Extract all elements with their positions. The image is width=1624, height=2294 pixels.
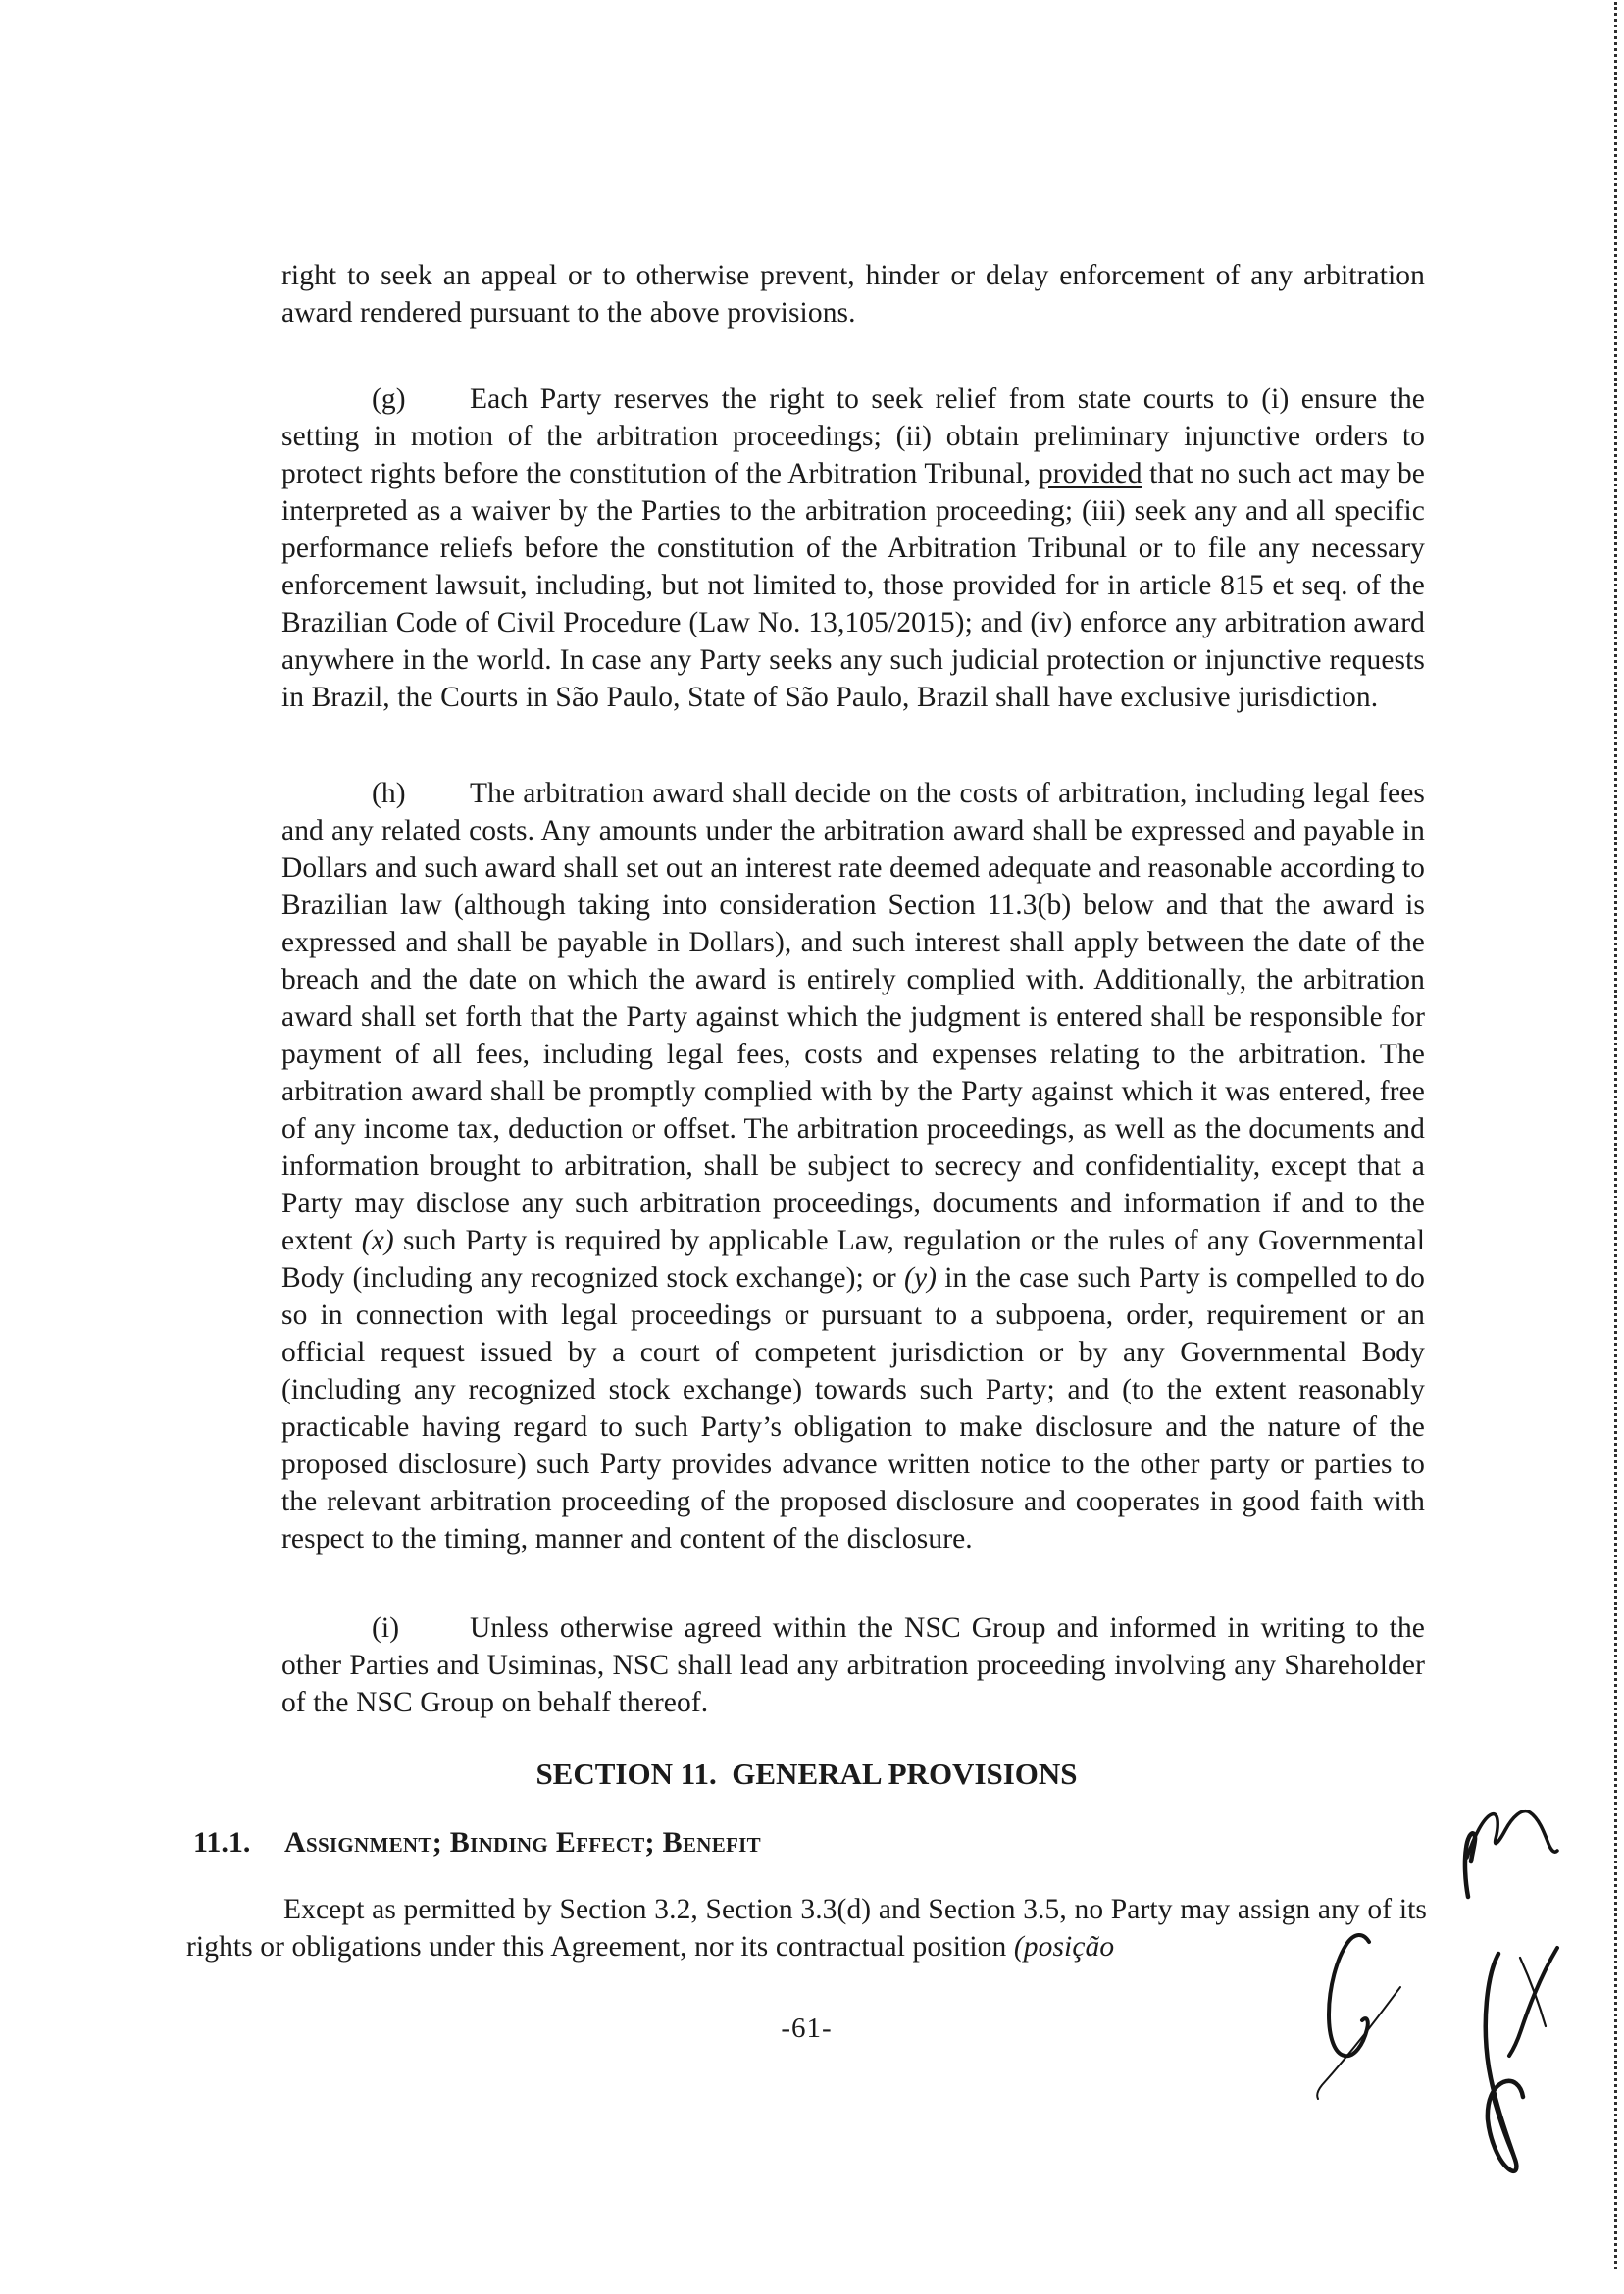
subsection-11-1-heading: 11.1.Assignment; Binding Effect; Benefit [193, 1824, 1427, 1861]
subsection-number: 11.1. [193, 1824, 284, 1861]
handwritten-initials-2 [1312, 1928, 1414, 2105]
stroke [1329, 1935, 1369, 2056]
page-number: -61- [186, 2013, 1427, 2045]
section-11-heading: SECTION 11. GENERAL PROVISIONS [186, 1756, 1427, 1793]
handwritten-initials-1 [1455, 1805, 1561, 1903]
page-number-text: -61- [186, 2013, 1427, 2045]
text-run: that no such act may be interpreted as a… [281, 458, 1425, 713]
section-heading-text: SECTION 11. GENERAL PROVISIONS [186, 1756, 1427, 1793]
italic-portuguese-term: (posição [1014, 1931, 1114, 1963]
paragraph-g-label: (g) [372, 381, 470, 418]
paragraph-g-text: (g)Each Party reserves the right to seek… [281, 381, 1425, 716]
stroke [1486, 1954, 1523, 2171]
paragraph-continuation: right to seek an appeal or to otherwise … [281, 257, 1425, 331]
italic-y-marker: (y) [904, 1262, 937, 1294]
stroke [1467, 1811, 1557, 1858]
paragraph-11-1: Except as permitted by Section 3.2, Sect… [186, 1891, 1427, 1965]
stroke [1520, 1958, 1546, 2026]
text-run: The arbitration award shall decide on th… [281, 778, 1425, 1256]
paragraph-i: (i)Unless otherwise agreed within the NS… [281, 1609, 1425, 1721]
paragraph-h-label: (h) [372, 775, 470, 812]
paragraph-i-text: (i)Unless otherwise agreed within the NS… [281, 1609, 1425, 1721]
paragraph-i-label: (i) [372, 1609, 470, 1647]
text-run: in the case such Party is compelled to d… [281, 1262, 1425, 1555]
stroke [1509, 1948, 1557, 2056]
paragraph-h-text: (h)The arbitration award shall decide on… [281, 775, 1425, 1557]
subsection-heading-text: 11.1.Assignment; Binding Effect; Benefit [193, 1824, 1427, 1861]
scan-edge-dots-artifact [1614, 2, 1617, 2269]
handwritten-stroke [1455, 1805, 1561, 1903]
underlined-word: provided [1039, 458, 1142, 489]
paragraph-continuation-text: right to seek an appeal or to otherwise … [281, 257, 1425, 331]
handwritten-stroke [1440, 1940, 1563, 2185]
document-page: right to seek an appeal or to otherwise … [0, 0, 1624, 2294]
subsection-title: Assignment; Binding Effect; Benefit [284, 1826, 761, 1859]
text-run: right to seek an appeal or to otherwise … [281, 260, 1425, 329]
paragraph-11-1-text: Except as permitted by Section 3.2, Sect… [186, 1891, 1427, 1965]
handwritten-stroke [1312, 1928, 1414, 2105]
italic-x-marker: (x) [362, 1225, 394, 1256]
paragraph-h: (h)The arbitration award shall decide on… [281, 775, 1425, 1557]
paragraph-g: (g)Each Party reserves the right to seek… [281, 381, 1425, 716]
text-run: Except as permitted by Section 3.2, Sect… [186, 1894, 1427, 1963]
handwritten-initials-3 [1440, 1940, 1563, 2185]
